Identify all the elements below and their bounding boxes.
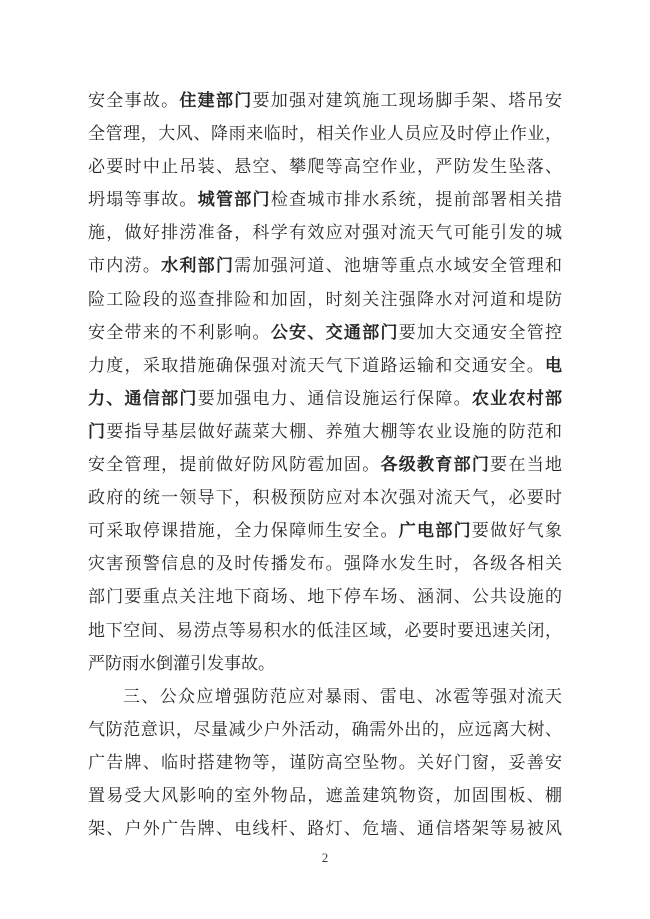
text-line: 广告牌、临时搭建物等，谨防高空坠物。关好门窗，妥善安 <box>88 746 562 779</box>
text-segment: 严防雨水倒灌引发事故。 <box>88 654 275 673</box>
text-segment: 市内涝。 <box>88 256 161 275</box>
text-segment: 要加强对建筑施工现场脚手架、塔吊安 <box>253 91 562 110</box>
text-line: 力、通信部门要加强电力、通信设施运行保障。农业农村部 <box>88 382 562 415</box>
text-segment: 要指导基层做好蔬菜大棚、养殖大棚等农业设施的防范和 <box>106 422 562 441</box>
department-name-bold: 门 <box>88 422 106 441</box>
text-segment: 灾害预警信息的及时传播发布。强降水发生时，各级各相关 <box>88 554 562 573</box>
text-line: 安全事故。住建部门要加强对建筑施工现场脚手架、塔吊安 <box>88 84 562 117</box>
department-name-bold: 农业农村部 <box>472 389 562 408</box>
text-line: 全管理，大风、降雨来临时，相关作业人员应及时停止作业， <box>88 117 562 150</box>
text-line: 险工险段的巡查排险和加固，时刻关注强降水对河道和堤防 <box>88 283 562 316</box>
text-segment: 政府的统一领导下，积极预防应对本次强对流天气，必要时 <box>88 488 562 507</box>
text-line: 政府的统一领导下，积极预防应对本次强对流天气，必要时 <box>88 481 562 514</box>
text-line: 施，做好排涝准备，科学有效应对强对流天气可能引发的城 <box>88 216 562 249</box>
department-name-bold: 城管部门 <box>198 190 271 209</box>
text-line: 置易受大风影响的室外物品，遮盖建筑物资，加固围板、棚 <box>88 779 562 812</box>
text-segment: 地下空间、易涝点等易积水的低洼区域，必要时要迅速关闭， <box>88 621 562 640</box>
text-segment: 置易受大风影响的室外物品，遮盖建筑物资，加固围板、棚 <box>88 786 562 805</box>
text-line: 门要指导基层做好蔬菜大棚、养殖大棚等农业设施的防范和 <box>88 415 562 448</box>
page-number: 2 <box>0 849 650 867</box>
department-name-bold: 各级教育部门 <box>380 455 490 474</box>
text-segment: 气防范意识，尽量减少户外活动，确需外出的，应远离大树、 <box>88 720 562 739</box>
department-name-bold: 电 <box>545 356 562 375</box>
text-segment: 三、公众应增强防范应对暴雨、雷电、冰雹等强对流天 <box>123 687 562 706</box>
text-segment: 需加强河道、池塘等重点水域安全管理和 <box>234 256 562 275</box>
text-segment: 要在当地 <box>490 455 562 474</box>
text-line: 市内涝。水利部门需加强河道、池塘等重点水域安全管理和 <box>88 249 562 282</box>
text-line: 安全管理，提前做好防风防雹加固。各级教育部门要在当地 <box>88 448 562 481</box>
text-line: 坍塌等事故。城管部门检查城市排水系统，提前部署相关措 <box>88 183 562 216</box>
text-line: 灾害预警信息的及时传播发布。强降水发生时，各级各相关 <box>88 547 562 580</box>
text-segment: 全管理，大风、降雨来临时，相关作业人员应及时停止作业， <box>88 124 562 143</box>
text-line: 严防雨水倒灌引发事故。 <box>88 647 562 680</box>
text-segment: 必要时中止吊装、悬空、攀爬等高空作业，严防发生坠落、 <box>88 157 562 176</box>
text-segment: 安全事故。 <box>88 91 179 110</box>
text-line: 可采取停课措施，全力保障师生安全。广电部门要做好气象 <box>88 514 562 547</box>
text-line: 地下空间、易涝点等易积水的低洼区域，必要时要迅速关闭， <box>88 614 562 647</box>
text-segment: 广告牌、临时搭建物等，谨防高空坠物。关好门窗，妥善安 <box>88 753 562 772</box>
text-segment: 部门要重点关注地下商场、地下停车场、涵洞、公共设施的 <box>88 587 562 606</box>
text-line: 部门要重点关注地下商场、地下停车场、涵洞、公共设施的 <box>88 580 562 613</box>
department-name-bold: 力、通信部门 <box>88 389 198 408</box>
text-segment: 坍塌等事故。 <box>88 190 198 209</box>
text-segment: 要加大交通安全管控 <box>399 323 562 342</box>
text-line: 力度，采取措施确保强对流天气下道路运输和交通安全。电 <box>88 349 562 382</box>
text-segment: 要加强电力、通信设施运行保障。 <box>198 389 472 408</box>
text-segment: 险工险段的巡查排险和加固，时刻关注强降水对河道和堤防 <box>88 290 562 309</box>
department-name-bold: 公安、交通部门 <box>271 323 399 342</box>
text-line: 三、公众应增强防范应对暴雨、雷电、冰雹等强对流天 <box>88 680 562 713</box>
text-segment: 力度，采取措施确保强对流天气下道路运输和交通安全。 <box>88 356 545 375</box>
text-segment: 施，做好排涝准备，科学有效应对强对流天气可能引发的城 <box>88 223 562 242</box>
text-segment: 要做好气象 <box>472 521 562 540</box>
text-segment: 安全带来的不利影响。 <box>88 323 271 342</box>
department-name-bold: 住建部门 <box>179 91 252 110</box>
text-line: 气防范意识，尽量减少户外活动，确需外出的，应远离大树、 <box>88 713 562 746</box>
text-line: 必要时中止吊装、悬空、攀爬等高空作业，严防发生坠落、 <box>88 150 562 183</box>
text-line: 架、户外广告牌、电线杆、路灯、危墙、通信塔架等易被风 <box>88 812 562 845</box>
text-segment: 架、户外广告牌、电线杆、路灯、危墙、通信塔架等易被风 <box>88 819 562 838</box>
document-body: 安全事故。住建部门要加强对建筑施工现场脚手架、塔吊安全管理，大风、降雨来临时，相… <box>88 84 562 845</box>
text-line: 安全带来的不利影响。公安、交通部门要加大交通安全管控 <box>88 316 562 349</box>
text-segment: 可采取停课措施，全力保障师生安全。 <box>88 521 399 540</box>
department-name-bold: 广电部门 <box>399 521 472 540</box>
department-name-bold: 水利部门 <box>161 256 234 275</box>
text-segment: 检查城市排水系统，提前部署相关措 <box>271 190 562 209</box>
text-segment: 安全管理，提前做好防风防雹加固。 <box>88 455 380 474</box>
document-page: 安全事故。住建部门要加强对建筑施工现场脚手架、塔吊安全管理，大风、降雨来临时，相… <box>0 0 650 919</box>
